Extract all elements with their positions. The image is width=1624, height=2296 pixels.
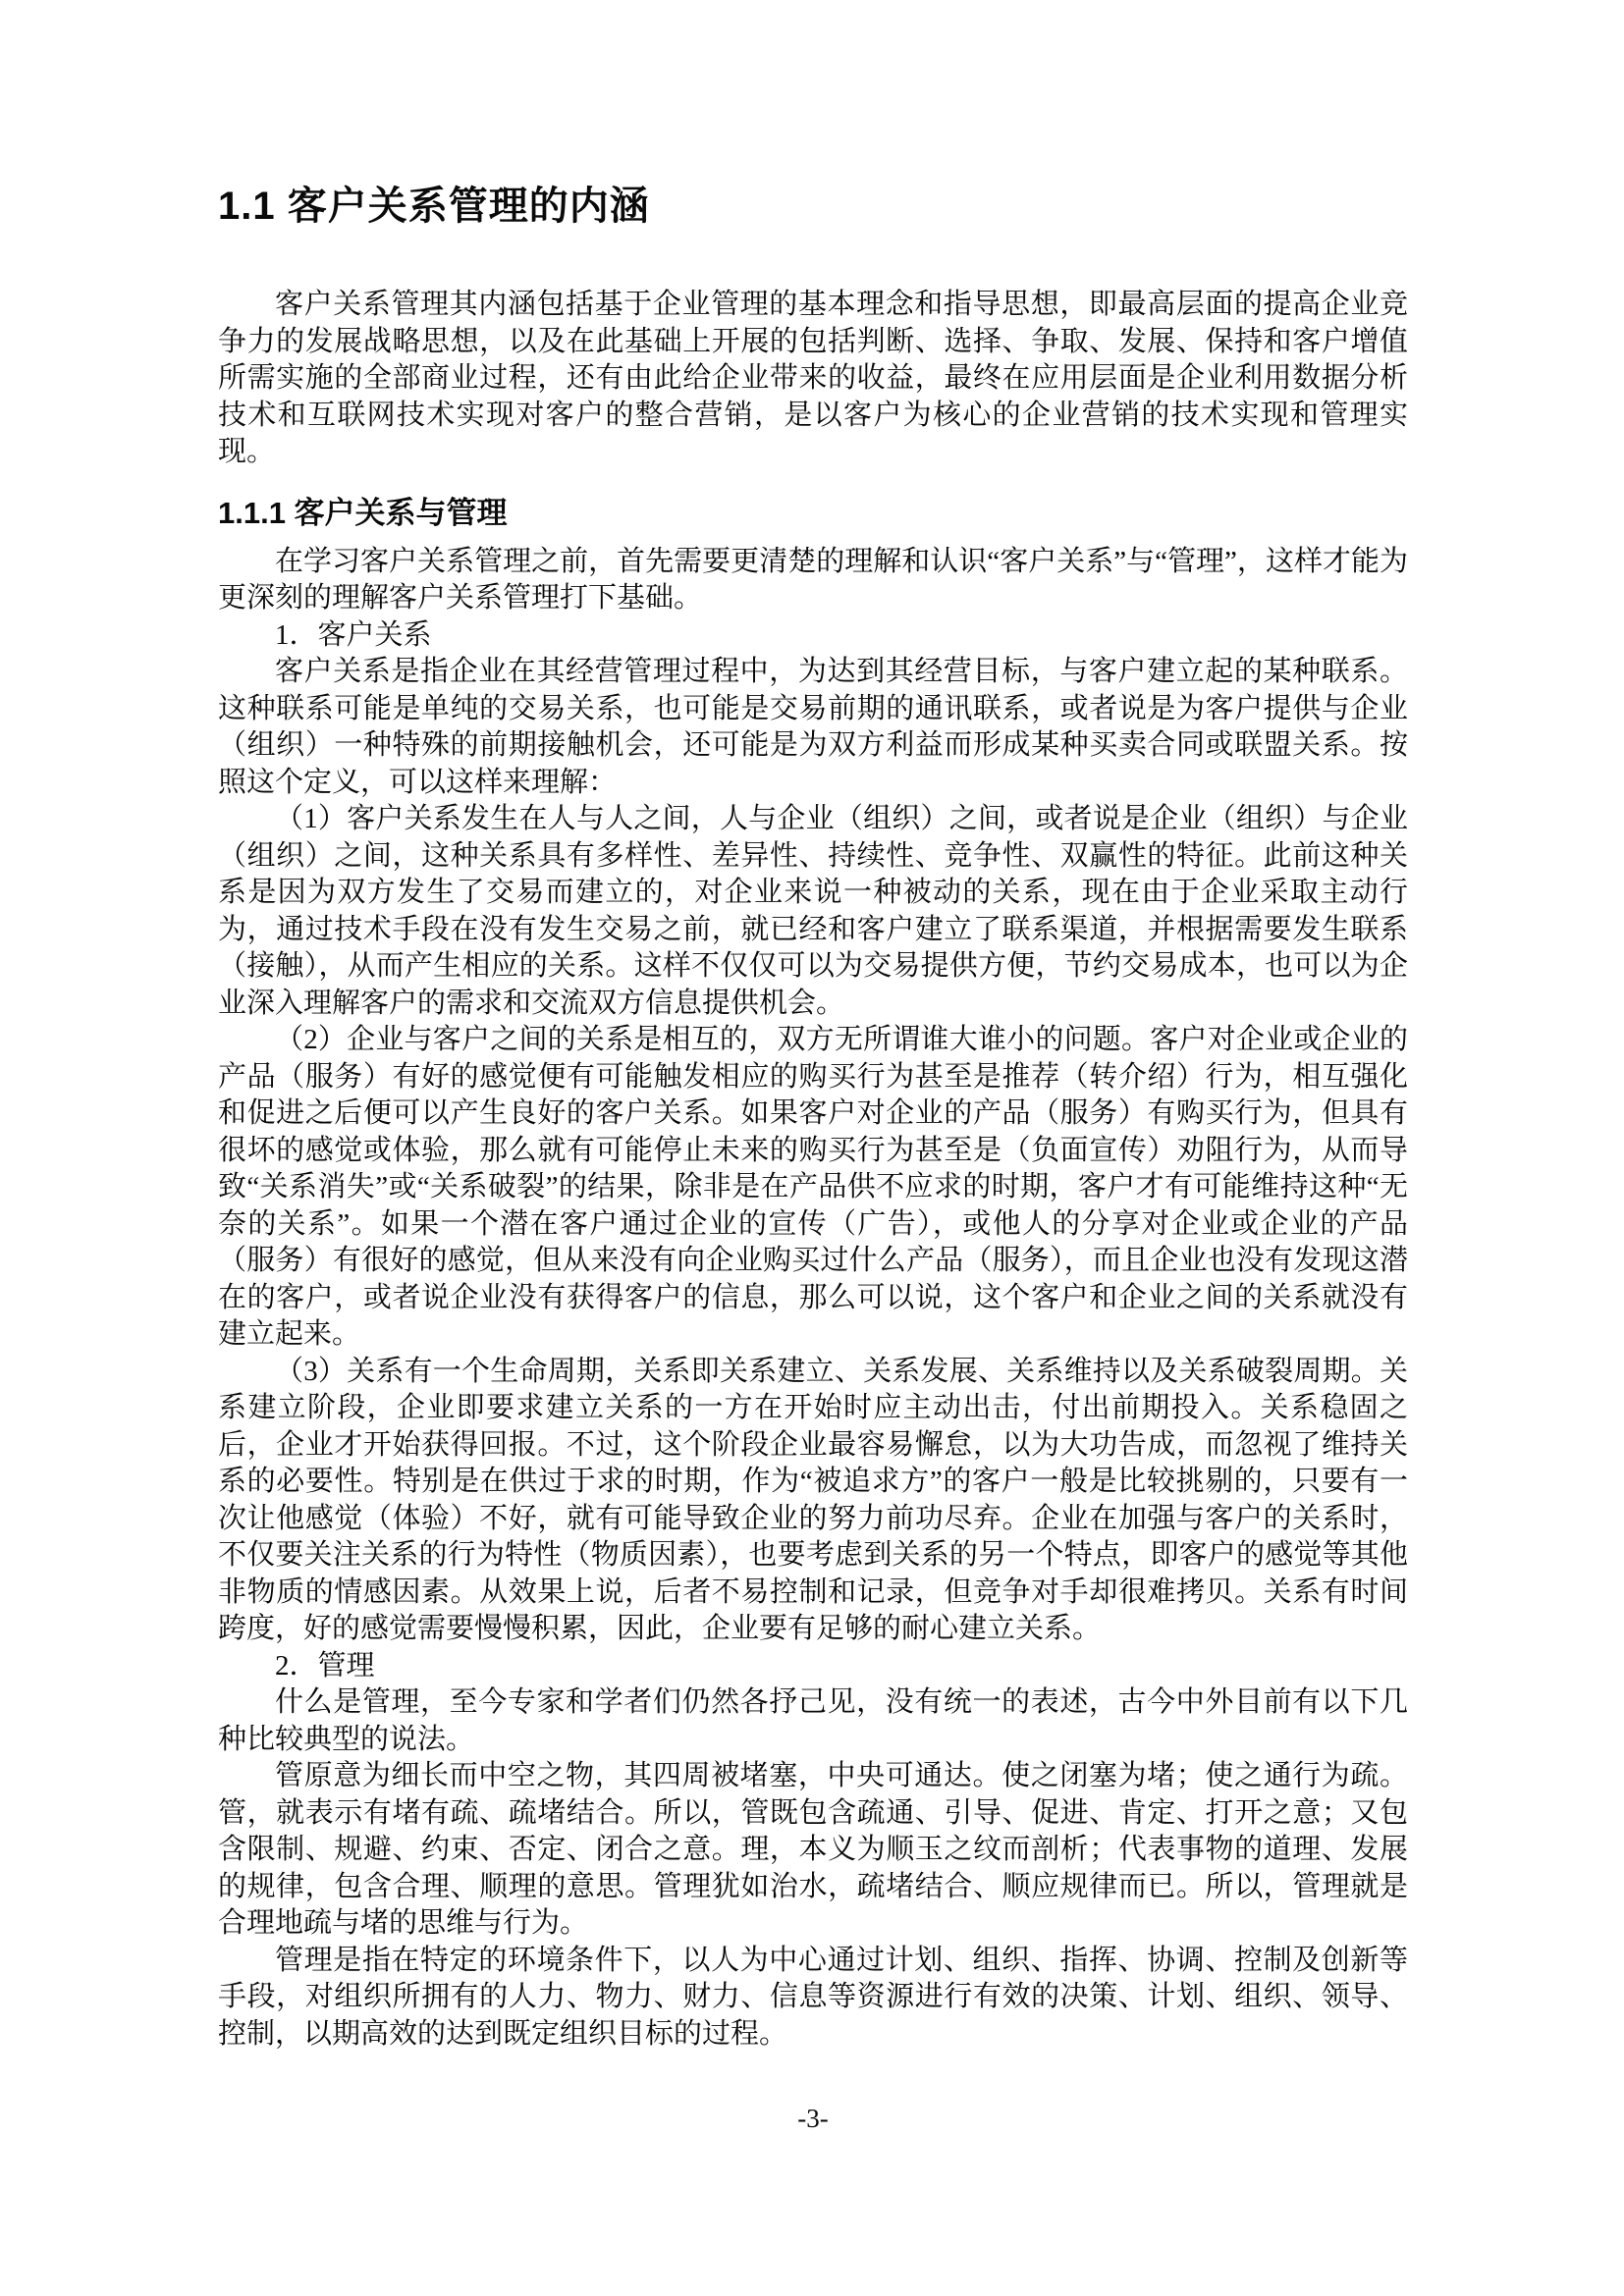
paragraph-point-3: （3）关系有一个生命周期，关系即关系建立、关系发展、关系维持以及关系破裂周期。关… — [218, 1354, 1408, 1648]
paragraph-management-definition: 管理是指在特定的环境条件下，以人为中心通过计划、组织、指挥、协调、控制及创新等手… — [218, 1943, 1408, 2054]
intro-paragraph: 客户关系管理其内涵包括基于企业管理的基本理念和指导思想，即最高层面的提高企业竞争… — [218, 287, 1408, 471]
paragraph-definition: 客户关系是指企业在其经营管理过程中，为达到其经营目标，与客户建立起的某种联系。这… — [218, 654, 1408, 801]
paragraph-point-2: （2）企业与客户之间的关系是相互的，双方无所谓谁大谁小的问题。客户对企业或企业的… — [218, 1022, 1408, 1354]
numbered-item-customer-relationship: 1．客户关系 — [218, 617, 1408, 655]
paragraph-lead-in: 在学习客户关系管理之前，首先需要更清楚的理解和认识“客户关系”与“管理”，这样才… — [218, 544, 1408, 617]
document-page: 1.1 客户关系管理的内涵 客户关系管理其内涵包括基于企业管理的基本理念和指导思… — [0, 0, 1624, 2296]
paragraph-point-1: （1）客户关系发生在人与人之间，人与企业（组织）之间，或者说是企业（组织）与企业… — [218, 801, 1408, 1022]
section-heading: 1.1 客户关系管理的内涵 — [218, 183, 1408, 230]
page-number: -3- — [218, 2103, 1408, 2134]
page-content: 1.1 客户关系管理的内涵 客户关系管理其内涵包括基于企业管理的基本理念和指导思… — [218, 183, 1408, 2053]
subsection-heading: 1.1.1 客户关系与管理 — [218, 493, 1408, 534]
numbered-item-management: 2．管理 — [218, 1648, 1408, 1685]
paragraph-what-is-management: 什么是管理，至今专家和学者们仍然各抒己见，没有统一的表述，古今中外目前有以下几种… — [218, 1684, 1408, 1758]
paragraph-guan-li-etymology: 管原意为细长而中空之物，其四周被堵塞，中央可通达。使之闭塞为堵；使之通行为疏。管… — [218, 1758, 1408, 1943]
